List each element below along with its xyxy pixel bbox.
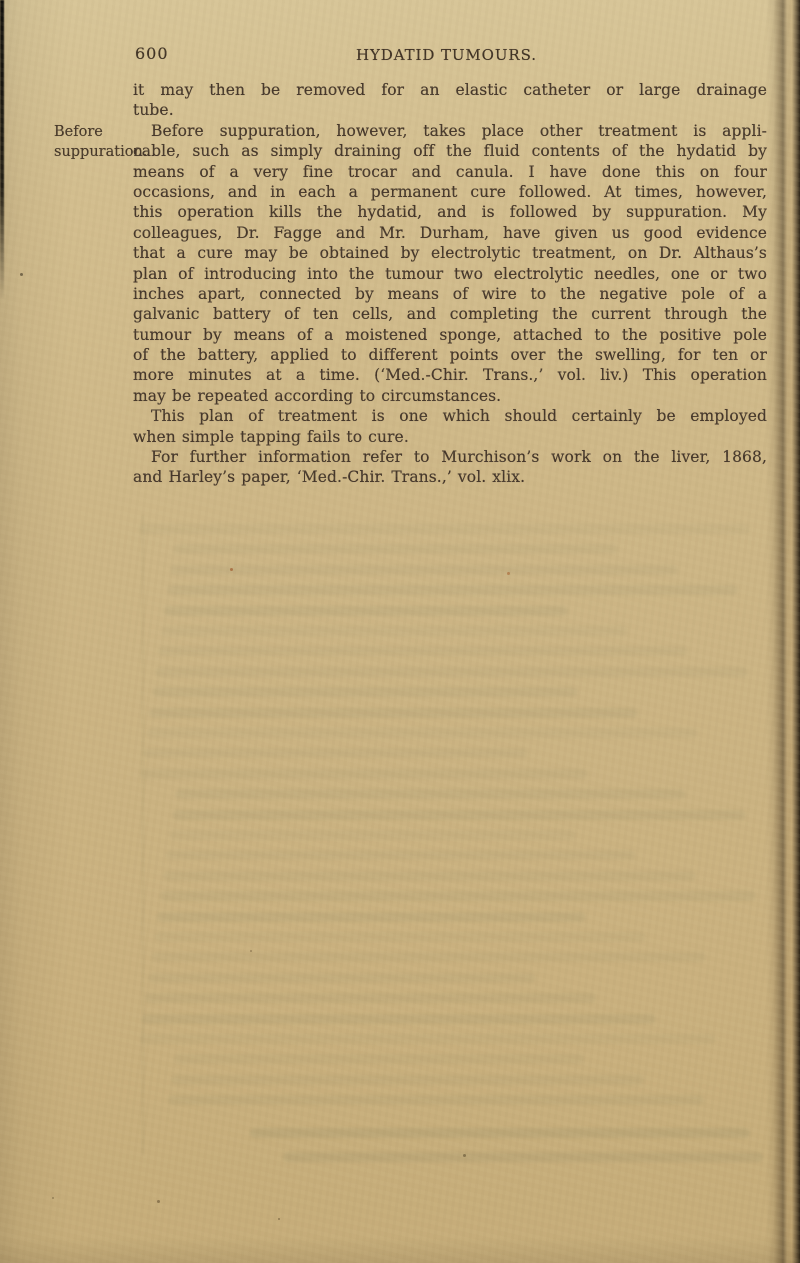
page-binding-edge (766, 0, 800, 1263)
body-line: Before suppuration, however, takes place… (133, 121, 767, 141)
body-line: inches apart, connected by means of wire… (133, 284, 767, 304)
body-line: when simple tapping fails to cure. (133, 427, 767, 447)
body-line: For further information refer to Murchis… (133, 447, 767, 467)
body-line: this operation kills the hydatid, and is… (133, 202, 767, 222)
scan-edge-artifact (0, 0, 4, 300)
paper-speck (20, 273, 23, 276)
body-line: plan of introducing into the tumour two … (133, 264, 767, 284)
body-line: This plan of treatment is one which shou… (133, 406, 767, 426)
body-line: may be repeated according to circumstanc… (133, 386, 767, 406)
running-title: HYDATID TUMOURS. (356, 47, 537, 64)
paper-speck (230, 568, 233, 571)
body-line: cable, such as simply draining off the f… (133, 141, 767, 161)
body-line: more minutes at a time. (‘Med.-Chir. Tra… (133, 365, 767, 385)
paper-speck (250, 950, 252, 952)
body-line: it may then be removed for an elastic ca… (133, 80, 767, 100)
book-page: 600 HYDATID TUMOURS. Before suppuration.… (0, 0, 800, 1263)
body-line: tumour by means of a moistened sponge, a… (133, 325, 767, 345)
body-line: colleagues, Dr. Fagge and Mr. Durham, ha… (133, 223, 767, 243)
bottom-shadow (0, 1237, 800, 1263)
showthrough-column-edge (142, 515, 144, 1155)
paper-speck (278, 1218, 280, 1220)
body-line: tube. (133, 100, 767, 120)
paper-speck (507, 572, 510, 575)
body-line: that a cure may be obtained by electroly… (133, 243, 767, 263)
paper-speck (463, 1154, 466, 1157)
paper-speck (52, 1197, 54, 1199)
body-line: and Harley’s paper, ‘Med.-Chir. Trans.,’… (133, 467, 767, 487)
body-line: means of a very fine trocar and canula. … (133, 162, 767, 182)
body-line: galvanic battery of ten cells, and compl… (133, 304, 767, 324)
body-line: of the battery, applied to different poi… (133, 345, 767, 365)
body-text: it may then be removed for an elastic ca… (133, 80, 767, 488)
body-line: occasions, and in each a permanent cure … (133, 182, 767, 202)
page-number: 600 (135, 45, 169, 63)
paper-speck (157, 1200, 160, 1203)
